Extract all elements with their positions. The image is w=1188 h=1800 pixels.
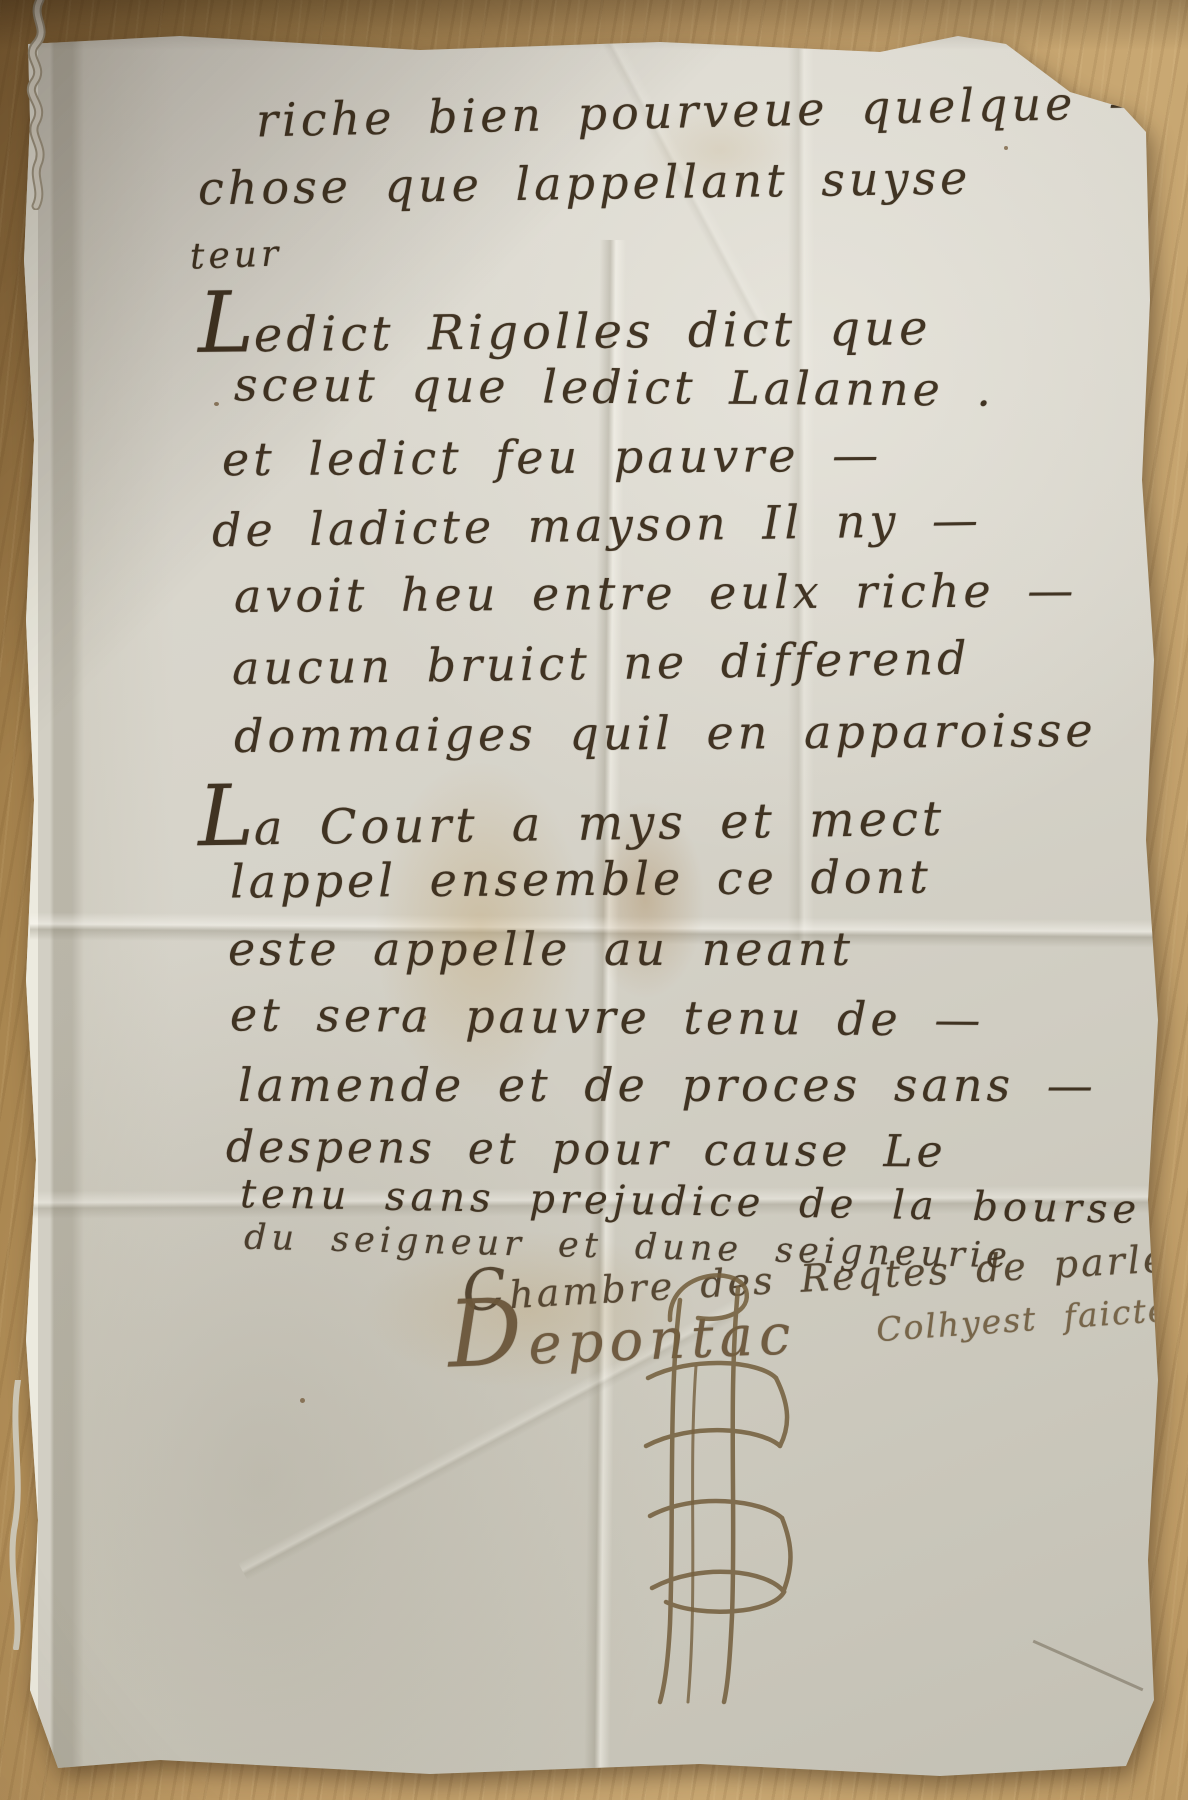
binding-thread: [6, 0, 86, 210]
manuscript-line: despens et pour cause Le: [226, 1123, 947, 1176]
manuscript-line: La Court a mys et mect: [198, 777, 946, 856]
manuscript-line: lamende et de proces sans —: [238, 1060, 1097, 1111]
manuscript-line: avoit heu entre eulx riche —: [234, 565, 1078, 621]
manuscript-line: chose que lappellant suyse: [198, 153, 972, 214]
manuscript-line: Ledict Rigolles dict que: [198, 286, 932, 362]
manuscript-line: dommaiges quil en apparoisse: [234, 705, 1097, 762]
manuscript-line: et ledict feu pauvre —: [222, 430, 882, 485]
manuscript-paper: riche bien pourveue quelque — chose que …: [0, 0, 1188, 1800]
handwriting-layer: riche bien pourveue quelque — chose que …: [0, 0, 1188, 1800]
signature-descender-stroke: [684, 1366, 708, 1706]
manuscript-line: de ladicte mayson Il ny —: [212, 495, 983, 556]
collation-note: Colhyest faicte: [875, 1292, 1170, 1349]
manuscript-line: este appelle au neant: [228, 924, 854, 975]
manuscript-line: sceut que ledict Lalanne .: [234, 359, 995, 415]
stitching-cord: [2, 1380, 42, 1650]
manuscript-line: teur: [189, 234, 282, 277]
manuscript-paper-wrapper: riche bien pourveue quelque — chose que …: [0, 0, 1188, 1800]
manuscript-line: lappel ensemble ce dont: [230, 852, 932, 907]
manuscript-line: riche bien pourveue quelque —: [256, 77, 1160, 146]
manuscript-line: aucun bruict ne differend: [232, 633, 971, 694]
manuscript-line: et sera pauvre tenu de —: [230, 989, 985, 1045]
photo-of-manuscript: { "manuscript": { "body_lines": [ "riche…: [0, 0, 1188, 1800]
signature-paraph-flourish: [640, 1256, 800, 1706]
